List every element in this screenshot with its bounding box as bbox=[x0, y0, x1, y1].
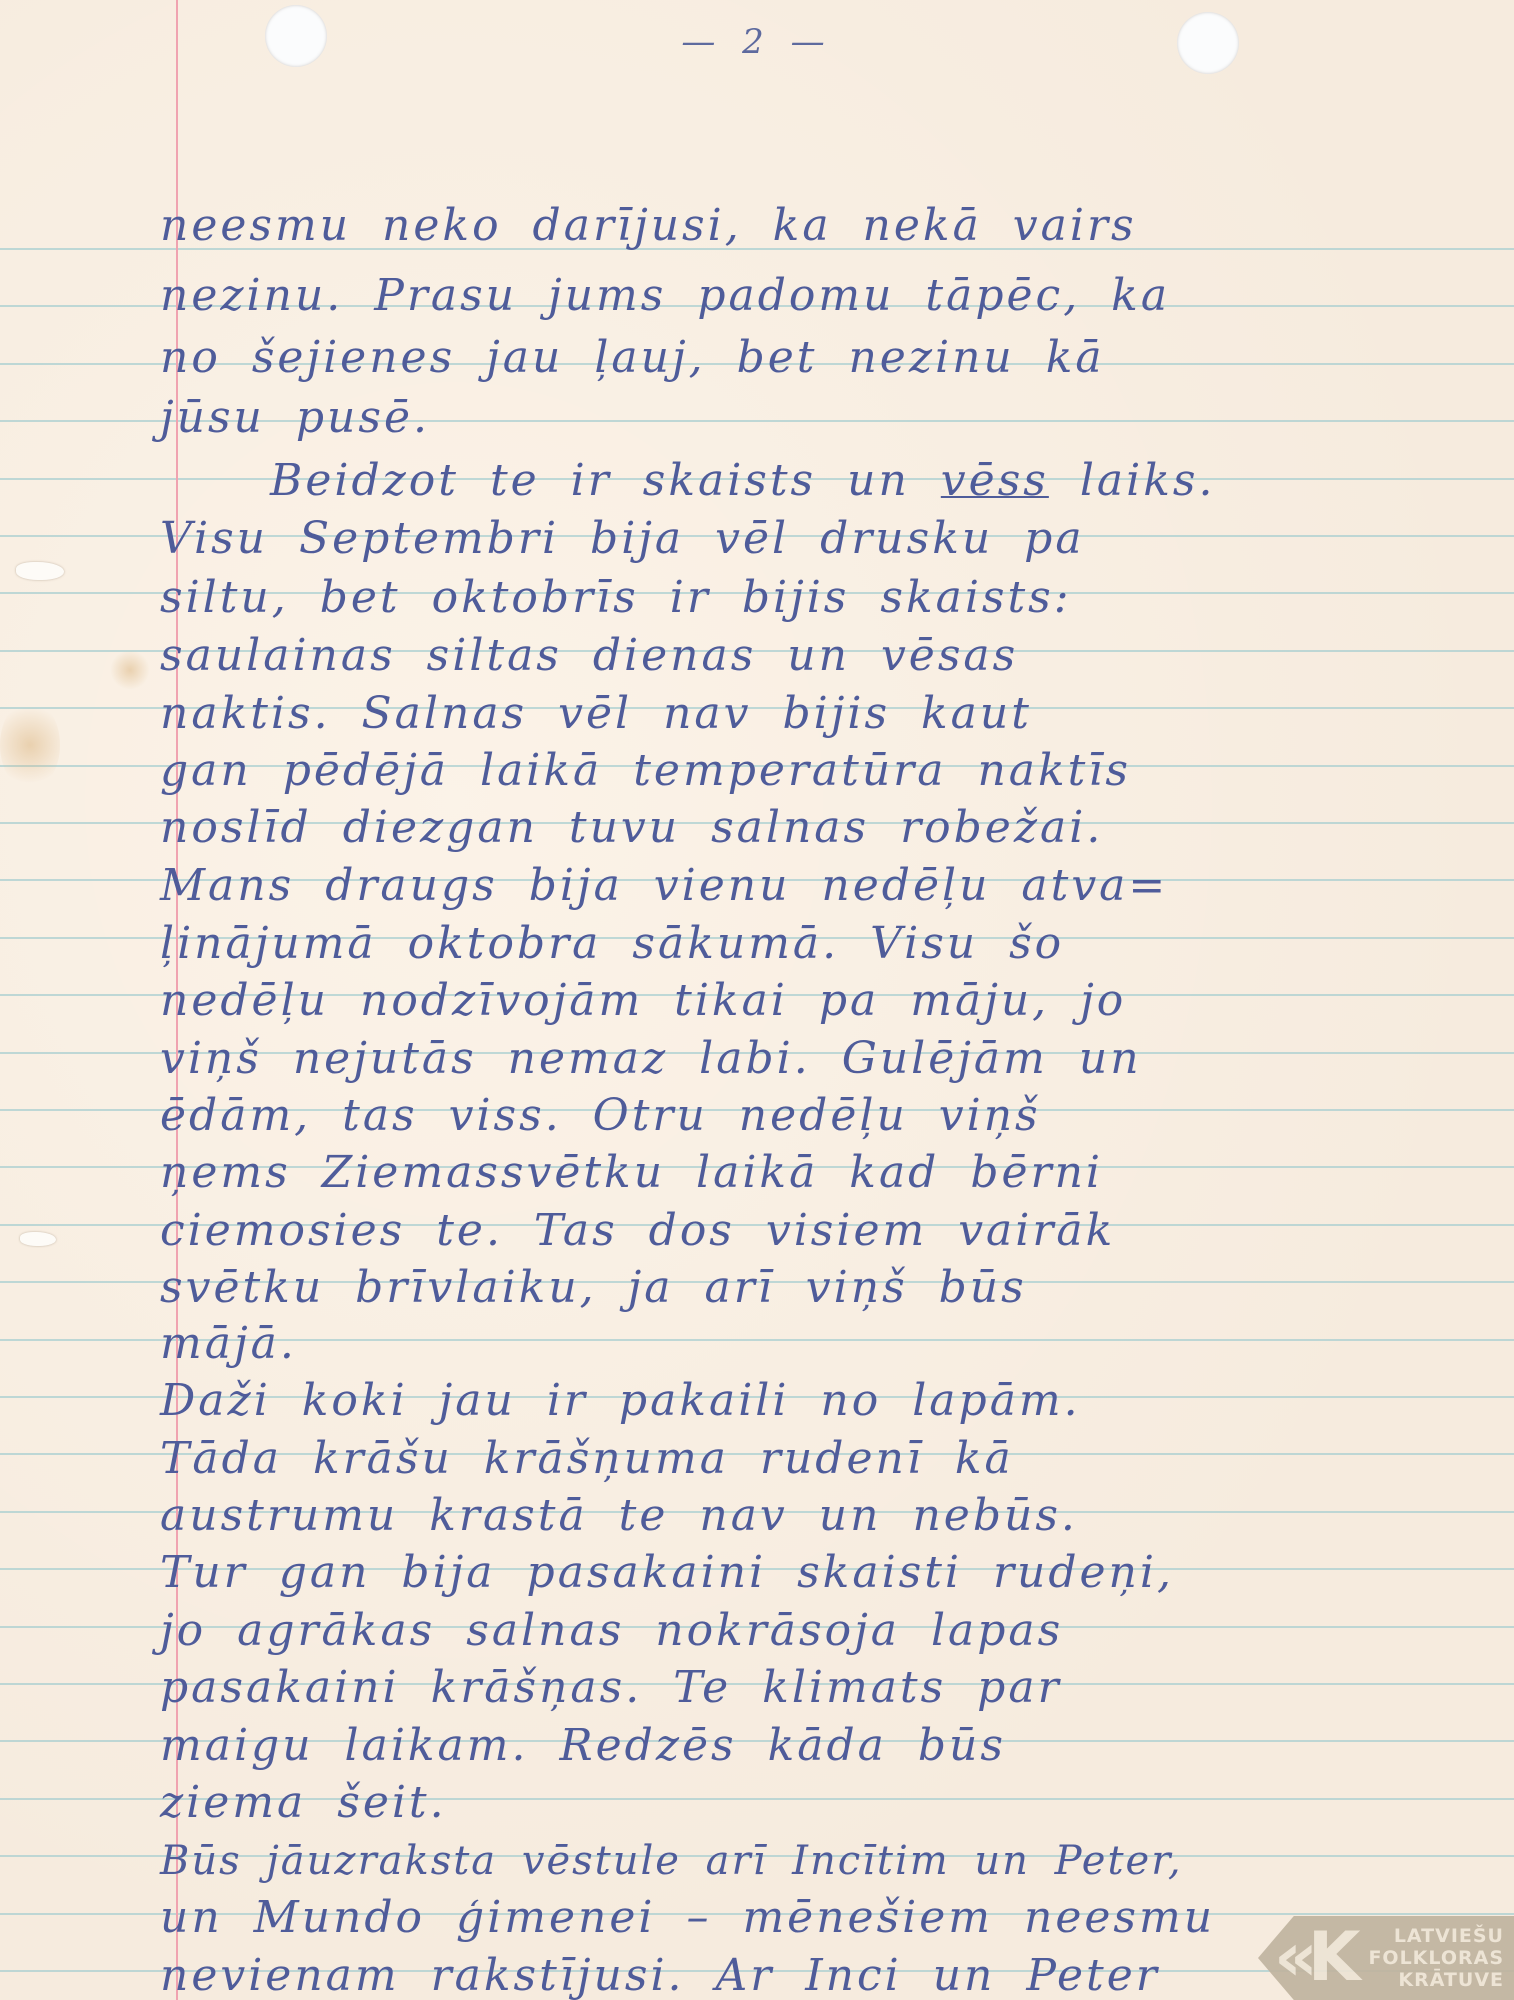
text-line: Beidzot te ir skaists un vēss laiks. bbox=[160, 455, 1454, 507]
text-line: ņems Ziemassvētku laikā kad bērni bbox=[160, 1147, 1454, 1199]
text-line: noslīd diezgan tuvu salnas robežai. bbox=[160, 802, 1454, 854]
text-line: nezinu. Prasu jums padomu tāpēc, ka bbox=[160, 270, 1454, 322]
text-line: mājā. bbox=[160, 1318, 1454, 1370]
text-line: viņš nejutās nemaz labi. Gulējām un bbox=[160, 1033, 1454, 1085]
text-line: jūsu pusē. bbox=[160, 392, 1454, 444]
paper-tear bbox=[20, 1232, 56, 1246]
text-line: pasakaini krāšņas. Te klimats par bbox=[160, 1662, 1454, 1714]
text-line: Daži koki jau ir pakaili no lapām. bbox=[160, 1375, 1454, 1427]
text-segment: Beidzot te ir skaists un bbox=[270, 455, 941, 506]
text-line: saulainas siltas dienas un vēsas bbox=[160, 630, 1454, 682]
text-line: ziema šeit. bbox=[160, 1777, 1454, 1829]
text-line: maigu laikam. Redzēs kāda būs bbox=[160, 1720, 1454, 1772]
paper-stain bbox=[0, 700, 60, 790]
letter-page: — 2 — neesmu neko darījusi, ka nekā vair… bbox=[0, 0, 1514, 2000]
underlined-word: vēss bbox=[941, 455, 1049, 506]
text-line: Būs jāuzraksta vēstule arī Incītim un Pe… bbox=[160, 1835, 1454, 1887]
text-line: gan pēdējā laikā temperatūra naktīs bbox=[160, 745, 1454, 797]
text-line: ēdām, tas viss. Otru nedēļu viņš bbox=[160, 1090, 1454, 1142]
text-line: austrumu krastā te nav un nebūs. bbox=[160, 1490, 1454, 1542]
archive-name: LATVIEŠU FOLKLORAS KRĀTUVE bbox=[1368, 1925, 1514, 1991]
text-line: ciemosies te. Tas dos visiem vairāk bbox=[160, 1205, 1454, 1257]
text-line: no šejienes jau ļauj, bet nezinu kā bbox=[160, 332, 1454, 384]
text-line: neesmu neko darījusi, ka nekā vairs bbox=[160, 200, 1454, 252]
archive-name-line: KRĀTUVE bbox=[1368, 1969, 1504, 1991]
text-line: Visu Septembri bija vēl drusku pa bbox=[160, 513, 1454, 565]
archive-watermark: «K LATVIEŠU FOLKLORAS KRĀTUVE bbox=[1258, 1916, 1514, 2000]
text-line: ļinājumā oktobra sākumā. Visu šo bbox=[160, 918, 1454, 970]
text-line: jo agrākas salnas nokrāsoja lapas bbox=[160, 1605, 1454, 1657]
paper-tear bbox=[16, 562, 64, 580]
text-line: naktis. Salnas vēl nav bijis kaut bbox=[160, 688, 1454, 740]
archive-name-line: FOLKLORAS bbox=[1368, 1947, 1504, 1969]
page-number: — 2 — bbox=[0, 22, 1514, 62]
archive-name-line: LATVIEŠU bbox=[1368, 1925, 1504, 1947]
text-line: siltu, bet oktobrīs ir bijis skaists: bbox=[160, 572, 1454, 624]
paper-stain bbox=[110, 650, 150, 690]
text-segment: laiks. bbox=[1049, 455, 1216, 506]
text-line: nedēļu nodzīvojām tikai pa māju, jo bbox=[160, 975, 1454, 1027]
text-line: un Mundo ģimenei – mēnešiem neesmu bbox=[160, 1892, 1454, 1944]
text-line: Tāda krāšu krāšņuma rudenī kā bbox=[160, 1433, 1454, 1485]
text-line: svētku brīvlaiku, ja arī viņš būs bbox=[160, 1262, 1454, 1314]
text-line: Mans draugs bija vienu nedēļu atva= bbox=[160, 860, 1454, 912]
text-line: Tur gan bija pasakaini skaisti rudeņi, bbox=[160, 1547, 1454, 1599]
